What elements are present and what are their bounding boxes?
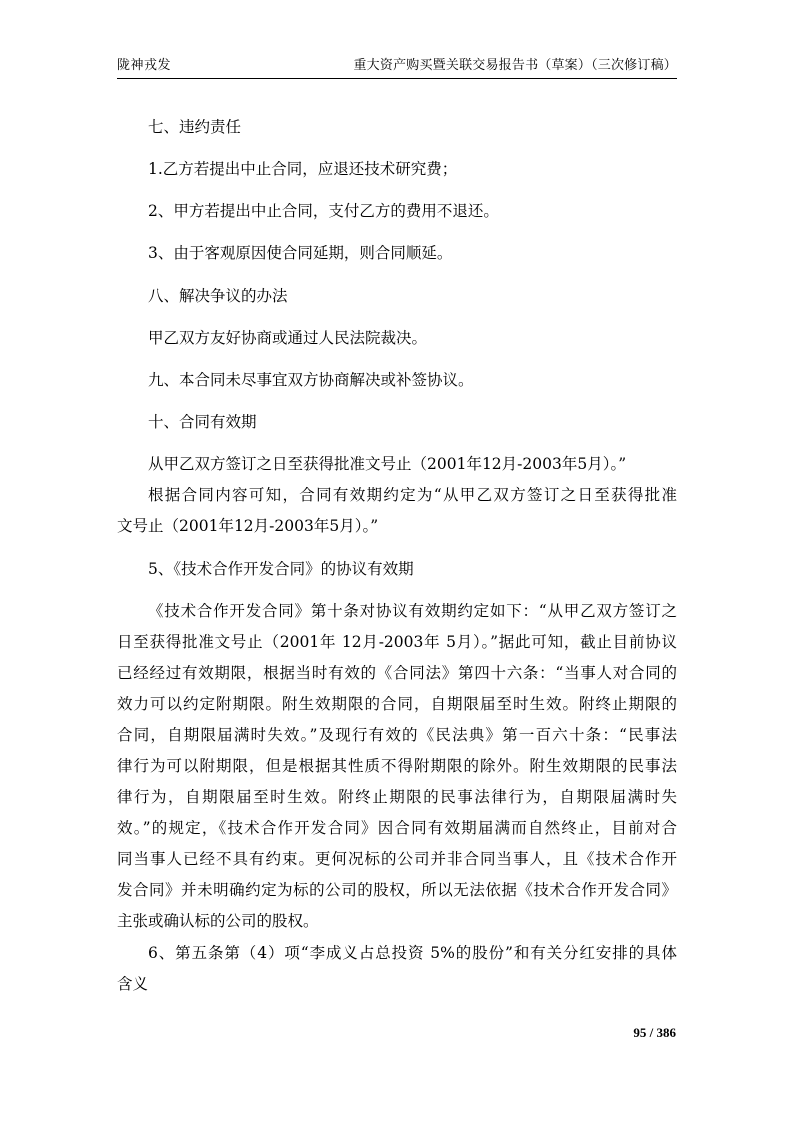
page-header: 陇神戎发 重大资产购买暨关联交易报告书（草案）（三次修订稿） <box>117 55 677 79</box>
paragraph-line: 含义 <box>117 969 677 1000</box>
paragraph-line: 主张或确认标的公司的股权。 <box>117 906 677 937</box>
paragraph-line: 已经经过有效期限，根据当时有效的《合同法》第四十六条：“当事人对合同的 <box>117 658 677 689</box>
paragraph-line: 发合同》并未明确约定为标的公司的股权，所以无法依据《技术合作开发合同》 <box>117 875 677 906</box>
clause-item: 2、甲方若提出中止合同，支付乙方的费用不退还。 <box>117 196 708 227</box>
paragraph-line: 效。”的规定，《技术合作开发合同》因合同有效期届满而自然终止，目前对合 <box>117 813 677 844</box>
section-heading-dispute-resolution: 八、解决争议的办法 <box>117 281 708 312</box>
section-heading-validity-period: 十、合同有效期 <box>117 407 708 438</box>
clause-item: 1.乙方若提出中止合同，应退还技术研究费； <box>117 154 708 185</box>
paragraph-agreement-validity: 《技术合作开发合同》第十条对协议有效期约定如下：“从甲乙双方签订之 日至获得批准… <box>117 596 677 937</box>
header-company-name: 陇神戎发 <box>117 56 171 76</box>
clause-item: 3、由于客观原因使合同延期，则合同顺延。 <box>117 238 708 269</box>
paragraph-line: 同当事人已经不具有约束。更何况标的公司并非合同当事人，且《技术合作开 <box>117 844 677 875</box>
clause-item: 九、本合同未尽事宜双方协商解决或补签协议。 <box>117 365 708 396</box>
subsection-heading-agreement-validity: 5、《技术合作开发合同》的协议有效期 <box>117 554 708 585</box>
subsection-heading-share-meaning: 6、第五条第（4）项“李成义占总投资 5%的股份”和有关分红安排的具体 含义 <box>117 938 677 1000</box>
paragraph-line: 日至获得批准文号止（2001年 12月-2003年 5月）。”据此可知，截止目前… <box>117 627 677 658</box>
paragraph-validity-analysis: 根据合同内容可知，合同有效期约定为“从甲乙双方签订之日至获得批准 文号止（200… <box>117 480 677 542</box>
paragraph-line: 根据合同内容可知，合同有效期约定为“从甲乙双方签订之日至获得批准 <box>117 480 677 511</box>
section-heading-breach-liability: 七、违约责任 <box>117 112 708 143</box>
paragraph-line: 律行为，自期限届至时生效。附终止期限的民事法律行为，自期限届满时失 <box>117 782 677 813</box>
clause-item: 从甲乙双方签订之日至获得批准文号止（2001年12月-2003年5月）。” <box>117 449 708 480</box>
clause-item: 甲乙双方友好协商或通过人民法院裁决。 <box>117 323 708 354</box>
header-document-title: 重大资产购买暨关联交易报告书（草案）（三次修订稿） <box>353 56 677 76</box>
paragraph-line: 文号止（2001年12月-2003年5月）。” <box>117 511 677 542</box>
paragraph-line: 效力可以约定附期限。附生效期限的合同，自期限届至时生效。附终止期限的 <box>117 689 677 720</box>
paragraph-line: 《技术合作开发合同》第十条对协议有效期约定如下：“从甲乙双方签订之 <box>117 596 677 627</box>
paragraph-line: 合同，自期限届满时失效。”及现行有效的《民法典》第一百六十条：“民事法 <box>117 720 677 751</box>
paragraph-line: 律行为可以附期限，但是根据其性质不得附期限的除外。附生效期限的民事法 <box>117 751 677 782</box>
page-number: 95 / 386 <box>633 1025 676 1041</box>
paragraph-line: 6、第五条第（4）项“李成义占总投资 5%的股份”和有关分红安排的具体 <box>117 938 677 969</box>
